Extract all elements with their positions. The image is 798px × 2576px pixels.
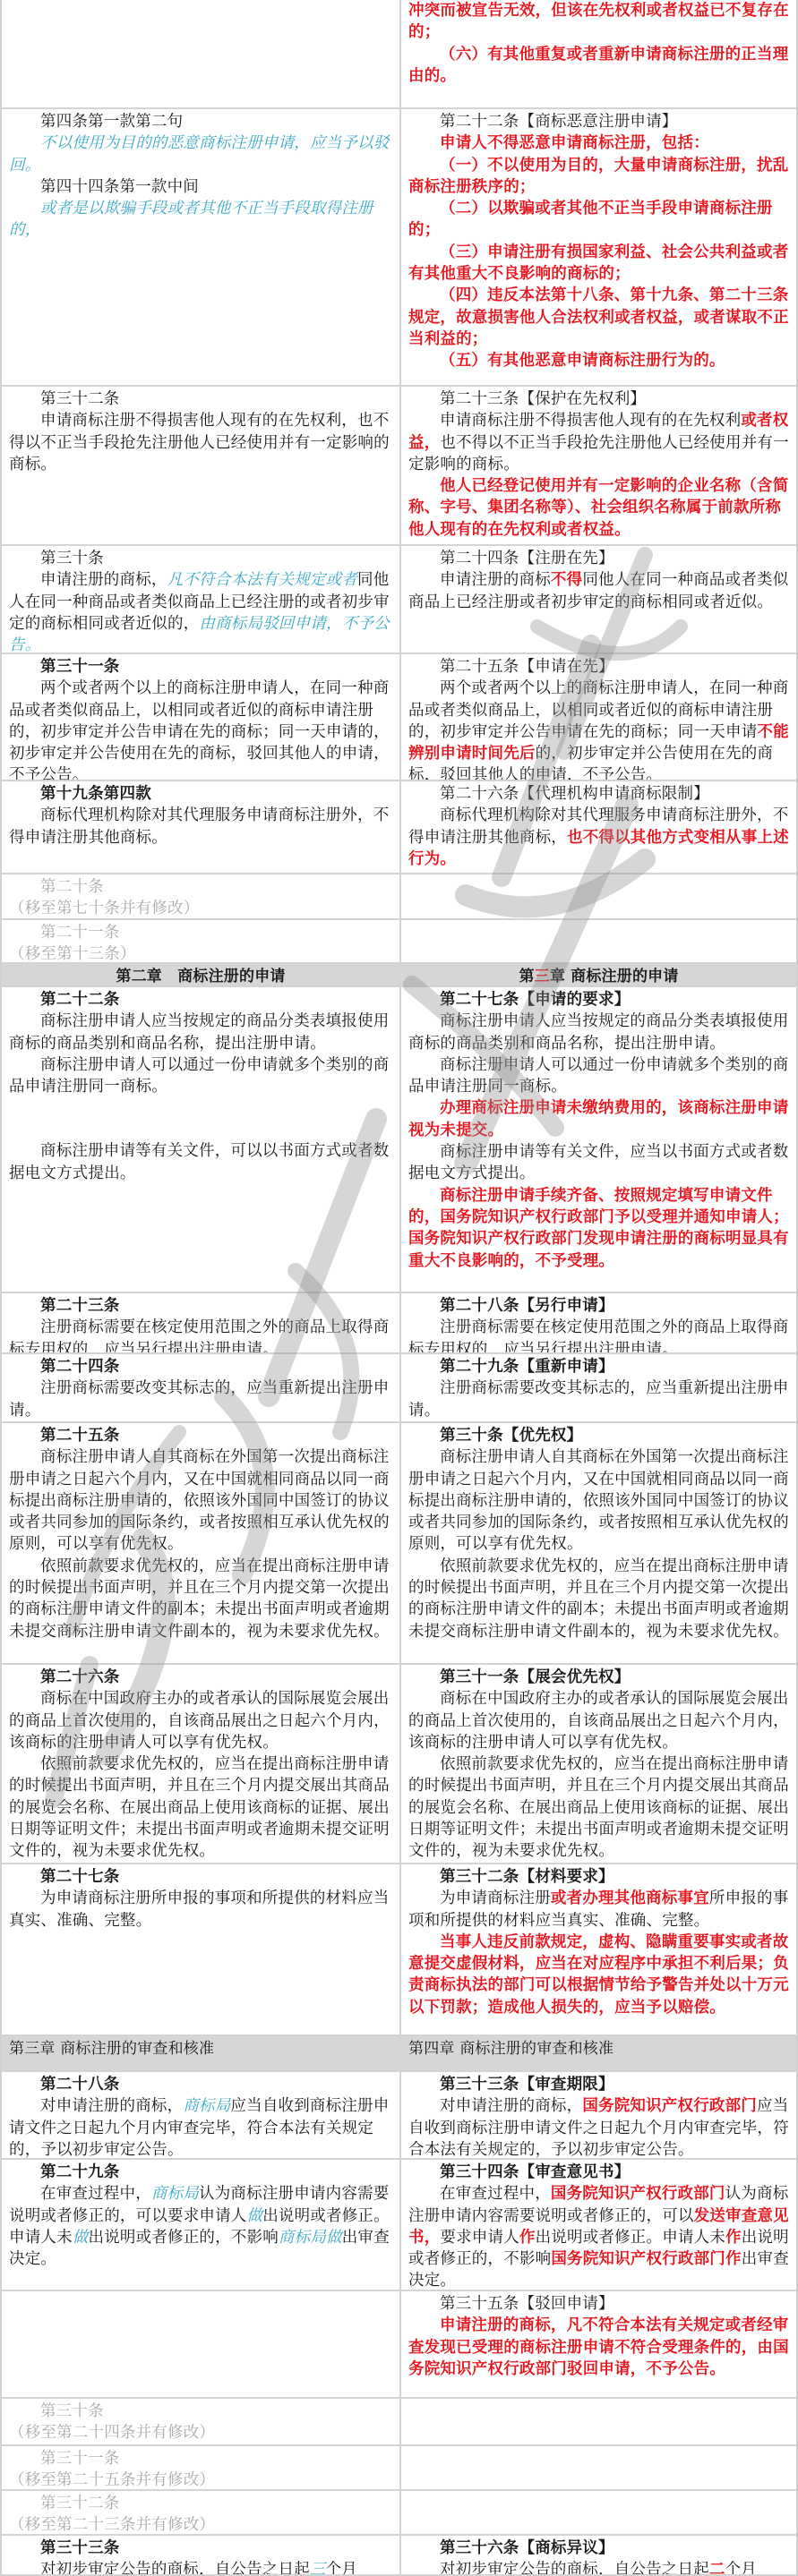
- added-paragraph: （六）有其他重复或者重新申请商标注册的正当理由的。: [408, 44, 789, 88]
- article-paragraph: 注册商标需要改变其标志的，应当重新提出注册申请。: [408, 1378, 789, 1421]
- article-paragraph: 商标注册申请等有关文件，可以以书面方式或者数据电文方式提出。: [9, 1140, 392, 1184]
- old-article-cell: 第三十一条（移至第二十五条并有修改）: [2, 2446, 401, 2489]
- new-article-cell: 第二十四条【注册在先】申请注册的商标不得同他人在同一种商品或者类似商品上已经注册…: [401, 546, 796, 653]
- text-segment: 对初步审定公告的商标，自公告之日起: [40, 2561, 310, 2574]
- text-segment: 出说明或者修正的，不影响: [89, 2229, 279, 2247]
- new-article-cell: 第三十六条【商标异议】对初步审定公告的商标，自公告之日起二个月: [401, 2536, 796, 2574]
- new-article-cell: [401, 920, 796, 962]
- article-paragraph: 为申请商标注册或者办理其他商标事宜所申报的事项和所提供的材料应当真实、准确、完整…: [408, 1888, 789, 1932]
- article-title: 第三十三条【审查期限】: [408, 2074, 789, 2095]
- new-article-cell: 第二十六条【代理机构申请商标限制】商标代理机构除对其代理服务申请商标注册外，不得…: [401, 781, 796, 873]
- article-paragraph: 两个或者两个以上的商标注册申请人，在同一种商品或者类似商品上，以相同或者近似的商…: [9, 678, 392, 780]
- article-title: 第二十五条【申请在先】: [408, 656, 789, 678]
- old-article-cell: [2, 0, 401, 107]
- text-segment: 个月: [326, 2561, 357, 2574]
- text-segment: 出说明或者修正。申请人未: [536, 2229, 725, 2247]
- added-text: 作: [725, 2229, 742, 2247]
- article-title: 第三十条【优先权】: [408, 1425, 789, 1446]
- article-row: 第四条第一款第二句不以使用为目的的恶意商标注册申请，应当予以驳回。第四十四条第一…: [2, 109, 796, 387]
- new-article-cell: 第三十四条【审查意见书】在审查过程中，国务院知识产权行政部门认为商标注册申请内容…: [401, 2160, 796, 2290]
- moved-note: （移至第十三条）: [9, 943, 392, 962]
- article-paragraph: 依照前款要求优先权的，应当在提出商标注册申请的时候提出书面声明，并且在三个月内提…: [408, 1556, 789, 1642]
- new-article-cell: 冲突而被宣告无效，但该在先权利或者权益已不复存在的；（六）有其他重复或者重新申请…: [401, 0, 796, 107]
- added-text: 三: [535, 968, 550, 985]
- moved-article-row: 第二十条（移至第七十条并有修改）: [2, 874, 796, 920]
- article-paragraph: 依照前款要求优先权的，应当在提出商标注册申请的时候提出书面声明，并且在三个月内提…: [9, 1556, 392, 1642]
- old-article-cell: 第三十条（移至第二十四条并有修改）: [2, 2399, 401, 2444]
- chapter-header-row: 第三章 商标注册的审查和核准第四章 商标注册的审查和核准: [2, 2036, 796, 2072]
- moved-note: （移至第二十三条并有修改）: [9, 2514, 392, 2534]
- article-title: 第三十一条: [9, 2448, 392, 2469]
- article-paragraph: 商标在中国政府主办的或者承认的国际展览会展出的商品上首次使用的，自该商品展出之日…: [9, 1688, 392, 1753]
- deleted-text: 凡不符合本法有关规定或者: [167, 571, 357, 589]
- article-paragraph: 申请注册的商标不得同他人在同一种商品或者类似商品上已经注册或者初步审定的商标相同…: [408, 569, 789, 613]
- article-row: 第二十六条商标在中国政府主办的或者承认的国际展览会展出的商品上首次使用的，自该商…: [2, 1665, 796, 1864]
- added-paragraph: 申请人不得恶意申请商标注册，包括：: [408, 132, 789, 154]
- chapter-text: 第二章 商标注册的申请: [116, 968, 285, 985]
- article-title: 第二十三条: [9, 1295, 392, 1317]
- article-row: 第二十八条对申请注册的商标，商标局应当自收到商标注册申请文件之日起九个月内审查完…: [2, 2072, 796, 2160]
- article-row: 第三十二条申请商标注册不得损害他人现有的在先权利，也不得以不正当手段抢先注册他人…: [2, 387, 796, 546]
- deleted-text: 做: [73, 2229, 89, 2247]
- article-paragraph: 商标在中国政府主办的或者承认的国际展览会展出的商品上首次使用的，自该商品展出之日…: [408, 1688, 789, 1753]
- article-title: 第二十三条【保护在先权利】: [408, 388, 789, 410]
- chapter-text: 第三章 商标注册的审查和核准: [9, 2040, 214, 2058]
- text-segment: 申请商标注册不得损害他人现有的在先权利: [440, 412, 741, 430]
- article-row: 冲突而被宣告无效，但该在先权利或者权益已不复存在的；（六）有其他重复或者重新申请…: [2, 0, 796, 109]
- old-article-cell: 第二十四条注册商标需要改变其标志的，应当重新提出注册申请。: [2, 1354, 401, 1421]
- article-title: 第三十二条【材料要求】: [408, 1866, 789, 1888]
- new-article-cell: 第二十七条【申请的要求】商标注册申请人应当按规定的商品分类表填报使用商标的商品类…: [401, 987, 796, 1292]
- article-paragraph: 对初步审定公告的商标，自公告之日起二个月: [408, 2559, 789, 2574]
- text-segment: 两个或者两个以上的商标注册申请人，在同一种商品或者类似商品上，以相同或者近似的商…: [408, 679, 788, 741]
- new-article-cell: 第三十三条【审查期限】对申请注册的商标，国务院知识产权行政部门应当自收到商标注册…: [401, 2072, 796, 2158]
- article-paragraph: 申请商标注册不得损害他人现有的在先权利或者权益，也不得以不正当手段抢先注册他人已…: [408, 410, 789, 475]
- article-title: 第三十条: [9, 2401, 392, 2422]
- moved-article-row: 第三十二条（移至第二十三条并有修改）: [2, 2491, 796, 2536]
- article-title: 第三十二条: [9, 2493, 392, 2514]
- article-title: 第二十二条: [9, 989, 392, 1011]
- chapter-text: 第四章 商标注册的审查和核准: [408, 2040, 614, 2058]
- article-title: 第三十一条: [9, 656, 392, 678]
- new-article-cell: 第二十五条【申请在先】两个或者两个以上的商标注册申请人，在同一种商品或者类似商品…: [401, 654, 796, 780]
- added-paragraph: （一）不以使用为目的，大量申请商标注册，扰乱商标注册秩序的；: [408, 155, 789, 199]
- article-row: 第十九条第四款商标代理机构除对其代理服务申请商标注册外，不得申请注册其他商标。第…: [2, 781, 796, 874]
- article-paragraph: 申请注册的商标，凡不符合本法有关规定或者同他人在同一种商品或者类似商品上已经注册…: [9, 569, 392, 653]
- new-article-cell: 第二十九条【重新申请】注册商标需要改变其标志的，应当重新提出注册申请。: [401, 1354, 796, 1421]
- article-paragraph: 对申请注册的商标，国务院知识产权行政部门应当自收到商标注册申请文件之日起九个月内…: [408, 2095, 789, 2158]
- added-text: 或者办理其他商标事宜: [551, 1889, 709, 1907]
- chapter-title-right: 第四章 商标注册的审查和核准: [401, 2036, 796, 2070]
- old-article-cell: 第二十七条为申请商标注册所申报的事项和所提供的材料应当真实、准确、完整。: [2, 1864, 401, 2034]
- added-text: 作: [519, 2229, 536, 2247]
- article-paragraph: 依照前款要求优先权的，应当在提出商标注册申请的时候提出书面声明，并且在三个月内提…: [408, 1753, 789, 1862]
- article-paragraph: 商标注册申请人可以通过一份申请就多个类别的商品申请注册同一商标。: [408, 1054, 789, 1098]
- spacer: [9, 1097, 392, 1140]
- added-paragraph: 申请注册的商标，凡不符合本法有关规定或者经审查发现已受理的商标注册申请不符合受理…: [408, 2315, 789, 2380]
- added-text: 不得: [551, 571, 582, 589]
- text-segment: 对初步审定公告的商标，自公告之日起: [440, 2561, 709, 2574]
- article-row: 第二十三条注册商标需要在核定使用范围之外的商品上取得商标专用权的，应当另行提出注…: [2, 1293, 796, 1354]
- chapter-title-left: 第二章 商标注册的申请: [2, 964, 401, 985]
- article-title: 第二十五条: [9, 1425, 392, 1446]
- old-article-cell: 第三十二条申请商标注册不得损害他人现有的在先权利，也不得以不正当手段抢先注册他人…: [2, 387, 401, 544]
- article-title: 第四十四条第一款中间: [9, 176, 392, 198]
- added-paragraph: 办理商标注册申请未缴纳费用的，该商标注册申请视为未提交。: [408, 1097, 789, 1141]
- article-title: 第三十三条: [9, 2538, 392, 2559]
- article-row: 第二十二条商标注册申请人应当按规定的商品分类表填报使用商标的商品类别和商品名称，…: [2, 987, 796, 1293]
- moved-note: （移至第二十四条并有修改）: [9, 2422, 392, 2444]
- article-paragraph: 商标注册申请人应当按规定的商品分类表填报使用商标的商品类别和商品名称，提出注册申…: [9, 1011, 392, 1054]
- old-article-cell: 第二十条（移至第七十条并有修改）: [2, 874, 401, 918]
- article-title: 第二十八条【另行申请】: [408, 1295, 789, 1317]
- text-segment: 个月: [725, 2561, 757, 2574]
- old-article-cell: 第三十二条（移至第二十三条并有修改）: [2, 2491, 401, 2534]
- deleted-text: 商标局: [151, 2185, 199, 2203]
- new-article-cell: 第二十三条【保护在先权利】申请商标注册不得损害他人现有的在先权利或者权益，也不得…: [401, 387, 796, 544]
- deleted-paragraph: 或者是以欺骗手段或者其他不正当手段取得注册的，: [9, 198, 392, 242]
- added-text: 国务院知识产权行政部门: [582, 2097, 757, 2115]
- comparison-table: 冲突而被宣告无效，但该在先权利或者权益已不复存在的；（六）有其他重复或者重新申请…: [0, 0, 798, 2576]
- old-article-cell: 第十九条第四款商标代理机构除对其代理服务申请商标注册外，不得申请注册其他商标。: [2, 781, 401, 873]
- new-article-cell: [401, 2446, 796, 2489]
- chapter-header-row: 第二章 商标注册的申请第三章 商标注册的申请: [2, 964, 796, 987]
- text-segment: 对申请注册的商标，: [440, 2097, 582, 2115]
- chapter-title-left: 第三章 商标注册的审查和核准: [2, 2036, 401, 2070]
- article-paragraph: 注册商标需要在核定使用范围之外的商品上取得商标专用权的，应当另行提出注册申请。: [408, 1317, 789, 1352]
- new-article-cell: 第二十二条【商标恶意注册申请】申请人不得恶意申请商标注册，包括：（一）不以使用为…: [401, 109, 796, 385]
- text-segment: 为申请商标注册: [440, 1889, 551, 1907]
- added-text: 国务院知识产权行政部门作: [551, 2250, 741, 2268]
- article-paragraph: 注册商标需要改变其标志的，应当重新提出注册申请。: [9, 1378, 392, 1421]
- article-title: 第三十一条【展会优先权】: [408, 1667, 789, 1688]
- article-title: 第二十八条: [9, 2074, 392, 2095]
- article-row: 第二十五条商标注册申请人自其商标在外国第一次提出商标注册申请之日起六个月内，又在…: [2, 1423, 796, 1665]
- text-segment: 申请注册的商标，: [40, 571, 167, 589]
- article-row: 第二十七条为申请商标注册所申报的事项和所提供的材料应当真实、准确、完整。第三十二…: [2, 1864, 796, 2036]
- added-paragraph: （五）有其他恶意申请商标注册行为的。: [408, 350, 789, 371]
- added-paragraph: 当事人违反前款规定，虚构、隐瞒重要事实或者故意提交虚假材料，应当在对应程序中承担…: [408, 1932, 789, 2018]
- article-title: 第十九条第四款: [9, 783, 392, 805]
- old-article-cell: 第二十三条注册商标需要在核定使用范围之外的商品上取得商标专用权的，应当另行提出注…: [2, 1293, 401, 1352]
- chapter-text: 章 商标注册的申请: [550, 968, 679, 985]
- new-article-cell: 第三十条【优先权】商标注册申请人自其商标在外国第一次提出商标注册申请之日起六个月…: [401, 1423, 796, 1663]
- text-segment: 也不得以不正当手段抢先注册他人已经使用并有一定影响的商标。: [408, 434, 789, 473]
- article-row: 第三十五条【驳回申请】申请注册的商标，凡不符合本法有关规定或者经审查发现已受理的…: [2, 2291, 796, 2399]
- added-paragraph: 冲突而被宣告无效，但该在先权利或者权益已不复存在的；: [408, 0, 789, 44]
- article-title: 第二十九条【重新申请】: [408, 1356, 789, 1378]
- added-paragraph: （三）申请注册有损国家利益、社会公共利益或者有其他重大不良影响的商标的；: [408, 242, 789, 286]
- moved-note: （移至第二十五条并有修改）: [9, 2469, 392, 2489]
- article-title: 第三十五条【驳回申请】: [408, 2293, 789, 2315]
- article-paragraph: 两个或者两个以上的商标注册申请人，在同一种商品或者类似商品上，以相同或者近似的商…: [408, 678, 789, 780]
- article-paragraph: 商标代理机构除对其代理服务申请商标注册外，不得申请注册其他商标。: [9, 805, 392, 849]
- old-article-cell: 第二十五条商标注册申请人自其商标在外国第一次提出商标注册申请之日起六个月内，又在…: [2, 1423, 401, 1663]
- article-title: 第二十条: [9, 876, 392, 898]
- old-article-cell: 第二十六条商标在中国政府主办的或者承认的国际展览会展出的商品上首次使用的，自该商…: [2, 1665, 401, 1863]
- article-title: 第三十六条【商标异议】: [408, 2538, 789, 2559]
- article-row: 第三十三条对初步审定公告的商标，自公告之日起三个月第三十六条【商标异议】对初步审…: [2, 2536, 796, 2576]
- article-title: 第二十九条: [9, 2162, 392, 2183]
- added-text: 国务院知识产权行政部门: [551, 2185, 725, 2203]
- chapter-text: 第: [519, 968, 534, 985]
- article-paragraph: 申请商标注册不得损害他人现有的在先权利，也不得以不正当手段抢先注册他人已经使用并…: [9, 410, 392, 475]
- old-article-cell: 第二十二条商标注册申请人应当按规定的商品分类表填报使用商标的商品类别和商品名称，…: [2, 987, 401, 1292]
- moved-article-row: 第三十条（移至第二十四条并有修改）: [2, 2399, 796, 2446]
- added-paragraph: 商标注册申请手续齐备、按照规定填写申请文件的，国务院知识产权行政部门予以受理并通…: [408, 1185, 789, 1272]
- article-row: 第二十四条注册商标需要改变其标志的，应当重新提出注册申请。第二十九条【重新申请】…: [2, 1354, 796, 1423]
- added-paragraph: （二）以欺骗或者其他不正当手段申请商标注册的；: [408, 198, 789, 242]
- article-title: 第二十四条: [9, 1356, 392, 1378]
- new-article-cell: [401, 874, 796, 918]
- article-title: 第二十四条【注册在先】: [408, 548, 789, 569]
- article-row: 第三十条申请注册的商标，凡不符合本法有关规定或者同他人在同一种商品或者类似商品上…: [2, 546, 796, 654]
- article-title: 第二十二条【商标恶意注册申请】: [408, 111, 789, 132]
- article-title: 第三十二条: [9, 388, 392, 410]
- article-title: 第三十四条【审查意见书】: [408, 2162, 789, 2183]
- article-paragraph: 依照前款要求优先权的，应当在提出商标注册申请的时候提出书面声明，并且在三个月内提…: [9, 1753, 392, 1862]
- article-paragraph: 注册商标需要在核定使用范围之外的商品上取得商标专用权的，应当另行提出注册申请。: [9, 1317, 392, 1352]
- article-paragraph: 商标注册申请等有关文件，应当以书面方式或者数据电文方式提出。: [408, 1141, 789, 1185]
- old-article-cell: 第二十一条（移至第十三条）: [2, 920, 401, 962]
- new-article-cell: 第二十八条【另行申请】注册商标需要在核定使用范围之外的商品上取得商标专用权的，应…: [401, 1293, 796, 1352]
- article-title: 第二十一条: [9, 922, 392, 943]
- article-title: 第二十七条【申请的要求】: [408, 989, 789, 1011]
- article-title: 第二十六条【代理机构申请商标限制】: [408, 783, 789, 805]
- article-title: 第四条第一款第二句: [9, 111, 392, 132]
- deleted-paragraph: 不以使用为目的的恶意商标注册申请，应当予以驳回。: [9, 132, 392, 176]
- deleted-text: 商标局: [183, 2097, 230, 2115]
- moved-article-row: 第二十一条（移至第十三条）: [2, 920, 796, 964]
- old-article-cell: 第三十条申请注册的商标，凡不符合本法有关规定或者同他人在同一种商品或者类似商品上…: [2, 546, 401, 653]
- old-article-cell: 第三十三条对初步审定公告的商标，自公告之日起三个月: [2, 2536, 401, 2574]
- article-paragraph: 商标代理机构除对其代理服务申请商标注册外，不得申请注册其他商标，也不得以其他方式…: [408, 805, 789, 870]
- article-row: 第三十一条两个或者两个以上的商标注册申请人，在同一种商品或者类似商品上，以相同或…: [2, 654, 796, 781]
- deleted-text: 做: [247, 2207, 263, 2225]
- article-paragraph: 在审查过程中，商标局认为商标注册申请内容需要说明或者修正的，可以要求申请人做出说…: [9, 2183, 392, 2270]
- old-article-cell: 第二十八条对申请注册的商标，商标局应当自收到商标注册申请文件之日起九个月内审查完…: [2, 2072, 401, 2158]
- article-row: 第二十九条在审查过程中，商标局认为商标注册申请内容需要说明或者修正的，可以要求申…: [2, 2160, 796, 2291]
- article-paragraph: 对初步审定公告的商标，自公告之日起三个月: [9, 2559, 392, 2574]
- text-segment: 在审查过程中，: [440, 2185, 551, 2203]
- text-segment: 申请注册的商标: [440, 571, 551, 589]
- article-paragraph: 对申请注册的商标，商标局应当自收到商标注册申请文件之日起九个月内审查完毕，符合本…: [9, 2095, 392, 2158]
- article-paragraph: 商标注册申请人自其商标在外国第一次提出商标注册申请之日起六个月内，又在中国就相同…: [408, 1446, 789, 1555]
- article-paragraph: 为申请商标注册所申报的事项和所提供的材料应当真实、准确、完整。: [9, 1888, 392, 1932]
- added-text: 二: [709, 2561, 725, 2574]
- new-article-cell: 第三十一条【展会优先权】商标在中国政府主办的或者承认的国际展览会展出的商品上首次…: [401, 1665, 796, 1863]
- text-segment: 在审查过程中，: [40, 2185, 151, 2203]
- moved-article-row: 第三十一条（移至第二十五条并有修改）: [2, 2446, 796, 2491]
- article-title: 第二十六条: [9, 1667, 392, 1688]
- chapter-title-right: 第三章 商标注册的申请: [401, 964, 796, 985]
- new-article-cell: [401, 2399, 796, 2444]
- old-article-cell: 第二十九条在审查过程中，商标局认为商标注册申请内容需要说明或者修正的，可以要求申…: [2, 2160, 401, 2290]
- added-paragraph: （四）违反本法第十八条、第十九条、第二十三条规定，故意损害他人合法权利或者权益，…: [408, 285, 789, 350]
- old-article-cell: 第三十一条两个或者两个以上的商标注册申请人，在同一种商品或者类似商品上，以相同或…: [2, 654, 401, 780]
- deleted-text: 商标局做: [279, 2229, 342, 2247]
- article-paragraph: 在审查过程中，国务院知识产权行政部门认为商标注册申请内容需要说明或者修正的，可以…: [408, 2183, 789, 2290]
- article-paragraph: 商标注册申请人可以通过一份申请就多个类别的商品申请注册同一商标。: [9, 1054, 392, 1098]
- old-article-cell: 第四条第一款第二句不以使用为目的的恶意商标注册申请，应当予以驳回。第四十四条第一…: [2, 109, 401, 385]
- new-article-cell: [401, 2491, 796, 2534]
- text-segment: 对申请注册的商标，: [40, 2097, 183, 2115]
- article-title: 第三十条: [9, 548, 392, 569]
- new-article-cell: 第三十二条【材料要求】为申请商标注册或者办理其他商标事宜所申报的事项和所提供的材…: [401, 1864, 796, 2034]
- moved-note: （移至第七十条并有修改）: [9, 898, 392, 918]
- added-paragraph: 他人已经登记使用并有一定影响的企业名称（含简称、字号、集团名称等）、社会组织名称…: [408, 475, 789, 541]
- new-article-cell: 第三十五条【驳回申请】申请注册的商标，凡不符合本法有关规定或者经审查发现已受理的…: [401, 2291, 796, 2397]
- old-article-cell: [2, 2291, 401, 2397]
- article-paragraph: 商标注册申请人应当按规定的商品分类表填报使用商标的商品类别和商品名称，提出注册申…: [408, 1011, 789, 1054]
- deleted-text: 三: [310, 2561, 326, 2574]
- article-paragraph: 商标注册申请人自其商标在外国第一次提出商标注册申请之日起六个月内，又在中国就相同…: [9, 1446, 392, 1555]
- article-title: 第二十七条: [9, 1866, 392, 1888]
- text-segment: 要求申请人: [440, 2229, 519, 2247]
